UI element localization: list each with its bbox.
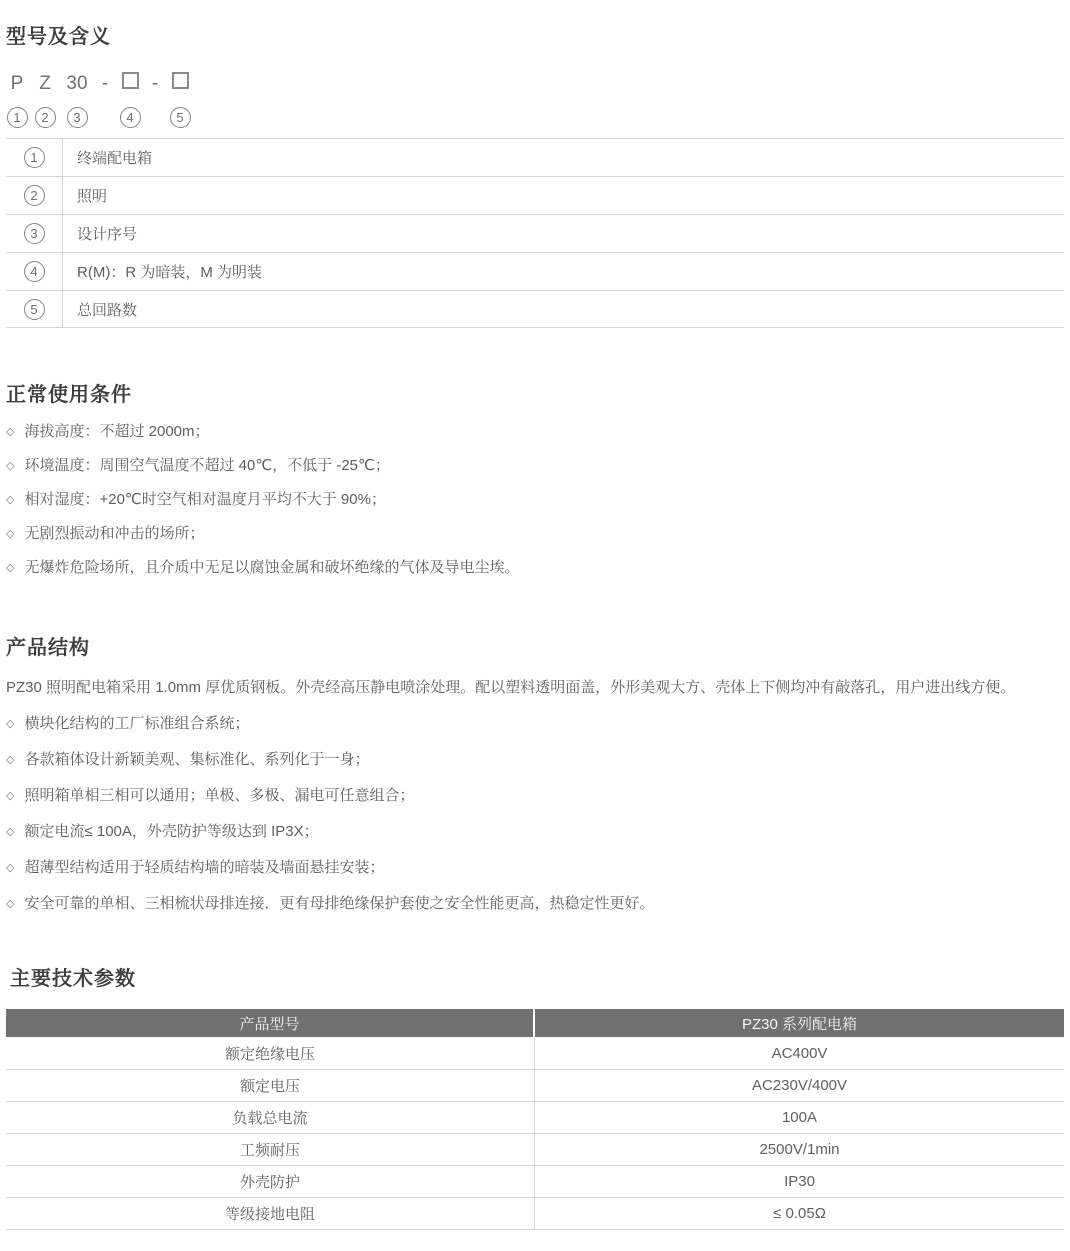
diamond-bullet-icon: ◇ [6, 886, 14, 922]
structure-text: 安全可靠的单相、三相梳状母排连接．更有母排绝缘保护套使之安全性能更高，热稳定性更… [24, 886, 654, 922]
notation-col-box2: □ 5 [168, 71, 192, 128]
param-value: AC230V/400V [535, 1070, 1064, 1101]
param-name: 额定绝缘电压 [6, 1037, 535, 1069]
diamond-bullet-icon: ◇ [6, 415, 14, 449]
legend-description: 设计序号 [63, 215, 137, 252]
diamond-bullet-icon: ◇ [6, 778, 14, 814]
condition-text: 相对湿度：+20℃时空气相对温度月平均不大于 90%； [24, 483, 385, 517]
circled-number: 5 [24, 299, 45, 320]
condition-text: 环境温度：周围空气温度不超过 40℃，不低于 -25℃； [24, 449, 389, 483]
table-row: 2 照明 [6, 176, 1064, 214]
placeholder-square-icon: □ [122, 72, 139, 89]
list-item: ◇ 无爆炸危险场所，且介质中无足以腐蚀金属和破坏绝缘的气体及导电尘埃。 [6, 551, 1064, 585]
diamond-bullet-icon: ◇ [6, 551, 14, 585]
notation-col-p: P 1 [6, 71, 28, 128]
diamond-bullet-icon: ◇ [6, 814, 14, 850]
diamond-bullet-icon: ◇ [6, 706, 14, 742]
model-legend-table: 1 终端配电箱 2 照明 3 设计序号 4 R(M)：R 为暗装，M 为明装 5… [6, 138, 1064, 328]
table-row: 额定电压 AC230V/400V [6, 1069, 1064, 1101]
structure-section-title: 产品结构 [6, 631, 1064, 660]
circled-number: 1 [7, 107, 28, 128]
placeholder-square-icon: □ [172, 72, 189, 89]
condition-text: 无剧烈振动和冲击的场所； [24, 517, 204, 551]
list-item: ◇ 无剧烈振动和冲击的场所； [6, 517, 1064, 551]
param-name: 外壳防护 [6, 1166, 535, 1197]
structure-intro-paragraph: PZ30 照明配电箱采用 1.0mm 厚优质钢板。外壳经高压静电喷涂处理。配以塑… [6, 670, 1064, 706]
diamond-bullet-icon: ◇ [6, 483, 14, 517]
circled-number: 3 [67, 107, 88, 128]
param-name: 额定电压 [6, 1070, 535, 1101]
table-row: 1 终端配电箱 [6, 138, 1064, 176]
condition-text: 海拔高度：不超过 2000m； [24, 415, 209, 449]
list-item: ◇ 环境温度：周围空气温度不超过 40℃，不低于 -25℃； [6, 449, 1064, 483]
list-item: ◇ 相对湿度：+20℃时空气相对温度月平均不大于 90%； [6, 483, 1064, 517]
table-row: 额定绝缘电压 AC400V [6, 1037, 1064, 1069]
params-table: 产品型号 PZ30 系列配电箱 额定绝缘电压 AC400V 额定电压 AC230… [6, 1009, 1064, 1230]
param-value: IP30 [535, 1166, 1064, 1197]
conditions-section-title: 正常使用条件 [6, 378, 1064, 407]
params-section-title: 主要技术参数 [6, 962, 1064, 991]
notation-col-30: 30 3 [62, 71, 92, 128]
table-row: 等级接地电阻 ≤ 0.05Ω [6, 1197, 1064, 1229]
list-item: ◇ 照明箱单相三相可以通用；单极、多极、漏电可任意组合； [6, 778, 1064, 814]
legend-description: 终端配电箱 [63, 139, 152, 176]
legend-description: 总回路数 [63, 291, 137, 327]
circled-number: 2 [24, 185, 45, 206]
diamond-bullet-icon: ◇ [6, 517, 14, 551]
list-item: ◇ 海拔高度：不超过 2000m； [6, 415, 1064, 449]
model-notation: P 1 Z 2 30 3 - □ 4 - □ 5 [6, 71, 1064, 128]
list-item: ◇ 横块化结构的工厂标准组合系统； [6, 706, 1064, 742]
list-item: ◇ 额定电流≤ 100A，外壳防护等级达到 IP3X； [6, 814, 1064, 850]
diamond-bullet-icon: ◇ [6, 449, 14, 483]
conditions-list: ◇ 海拔高度：不超过 2000m； ◇ 环境温度：周围空气温度不超过 40℃，不… [6, 415, 1064, 585]
structure-text: 超薄型结构适用于轻质结构墙的暗装及墙面悬挂安装； [24, 850, 384, 886]
params-header-model: 产品型号 [6, 1009, 535, 1037]
diamond-bullet-icon: ◇ [6, 850, 14, 886]
table-row: 负载总电流 100A [6, 1101, 1064, 1133]
circled-number: 3 [24, 223, 45, 244]
circled-number: 4 [120, 107, 141, 128]
notation-symbol: Z [39, 71, 51, 97]
structure-list: ◇ 横块化结构的工厂标准组合系统； ◇ 各款箱体设计新颖美观、集标准化、系列化于… [6, 706, 1064, 922]
condition-text: 无爆炸危险场所，且介质中无足以腐蚀金属和破坏绝缘的气体及导电尘埃。 [24, 551, 519, 585]
notation-col-z: Z 2 [34, 71, 56, 128]
diamond-bullet-icon: ◇ [6, 742, 14, 778]
params-header-series: PZ30 系列配电箱 [535, 1009, 1064, 1037]
circled-number: 1 [24, 147, 45, 168]
notation-symbol: 30 [66, 71, 87, 97]
circled-number: 4 [24, 261, 45, 282]
legend-description: 照明 [63, 177, 107, 214]
table-row: 5 总回路数 [6, 290, 1064, 328]
structure-text: 照明箱单相三相可以通用；单极、多极、漏电可任意组合； [24, 778, 414, 814]
notation-col-box1: □ 4 [118, 71, 142, 128]
structure-text: 各款箱体设计新颖美观、集标准化、系列化于一身； [24, 742, 369, 778]
circled-number: 5 [170, 107, 191, 128]
document-page: 型号及含义 P 1 Z 2 30 3 - □ 4 - □ 5 [0, 0, 1070, 1230]
notation-symbol: P [11, 71, 24, 97]
model-section-title: 型号及含义 [6, 0, 1064, 49]
table-row: 4 R(M)：R 为暗装，M 为明装 [6, 252, 1064, 290]
param-value: ≤ 0.05Ω [535, 1198, 1064, 1229]
structure-text: 额定电流≤ 100A，外壳防护等级达到 IP3X； [24, 814, 318, 850]
table-row: 工频耐压 2500V/1min [6, 1133, 1064, 1165]
notation-col-dash2: - [148, 71, 162, 128]
dash-separator: - [152, 71, 158, 97]
params-table-header: 产品型号 PZ30 系列配电箱 [6, 1009, 1064, 1037]
table-row: 外壳防护 IP30 [6, 1165, 1064, 1197]
table-row: 3 设计序号 [6, 214, 1064, 252]
list-item: ◇ 超薄型结构适用于轻质结构墙的暗装及墙面悬挂安装； [6, 850, 1064, 886]
circled-number: 2 [35, 107, 56, 128]
list-item: ◇ 安全可靠的单相、三相梳状母排连接．更有母排绝缘保护套使之安全性能更高，热稳定… [6, 886, 1064, 922]
param-value: AC400V [535, 1037, 1064, 1069]
param-name: 负载总电流 [6, 1102, 535, 1133]
param-value: 2500V/1min [535, 1134, 1064, 1165]
list-item: ◇ 各款箱体设计新颖美观、集标准化、系列化于一身； [6, 742, 1064, 778]
param-name: 工频耐压 [6, 1134, 535, 1165]
dash-separator: - [102, 71, 108, 97]
notation-col-dash1: - [98, 71, 112, 128]
legend-description: R(M)：R 为暗装，M 为明装 [63, 253, 262, 290]
structure-text: 横块化结构的工厂标准组合系统； [24, 706, 249, 742]
param-value: 100A [535, 1102, 1064, 1133]
param-name: 等级接地电阻 [6, 1198, 535, 1229]
